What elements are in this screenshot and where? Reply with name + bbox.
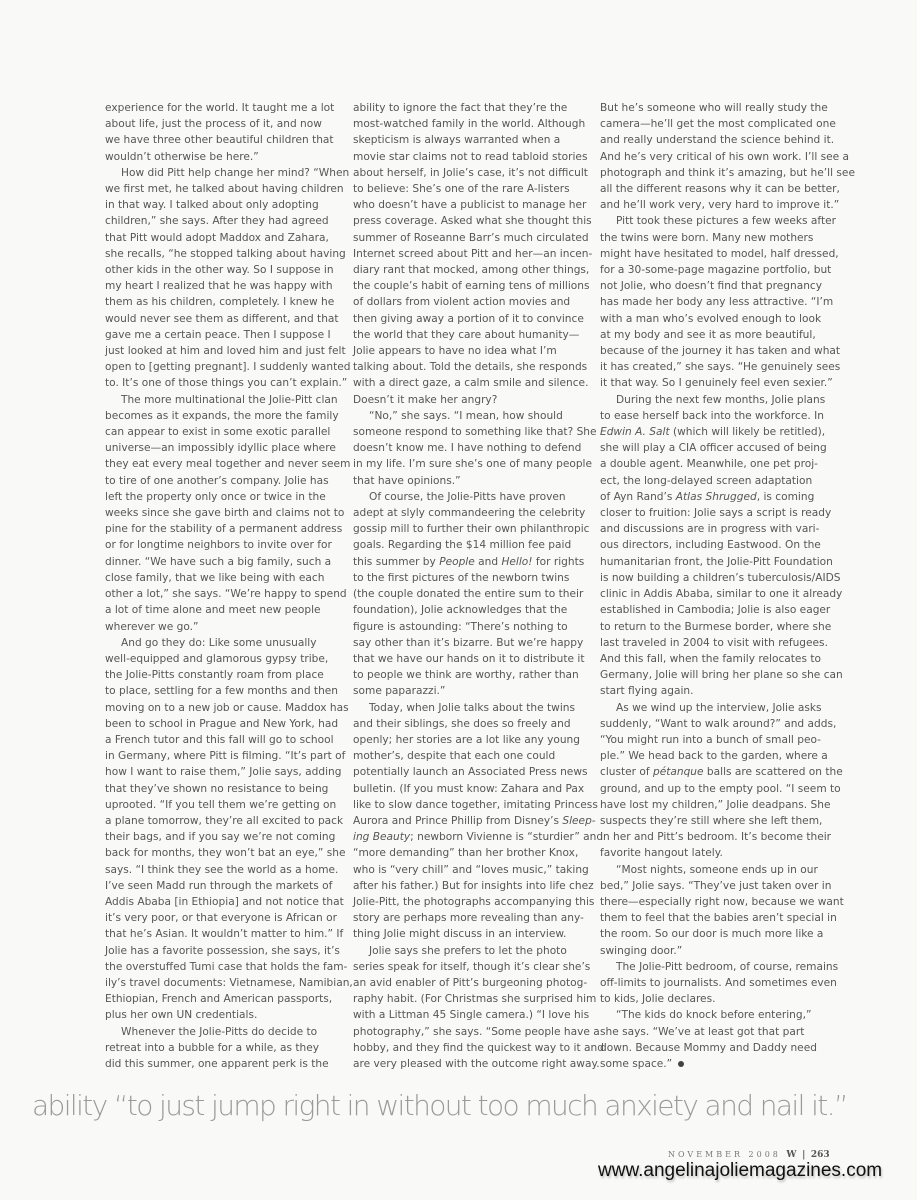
- text-line: bulletin. (If you must know: Zahara and …: [353, 781, 599, 797]
- text-line: suddenly, “Want to walk around?” and add…: [600, 716, 846, 732]
- text-line: can appear to exist in some exotic paral…: [105, 424, 345, 440]
- page-folio: NOVEMBER 2008 W | 263: [668, 1150, 830, 1160]
- text-line: some paparazzi.”: [353, 683, 599, 699]
- text-line: dinner. “We have such a big family, such…: [105, 554, 345, 570]
- text-line: the room. So our door is much more like …: [600, 926, 846, 942]
- text-line: not Jolie, who doesn’t find that pregnan…: [600, 278, 846, 294]
- text-line: are very pleased with the outcome right …: [353, 1056, 599, 1072]
- text-line: to return to the Burmese border, where s…: [600, 619, 846, 635]
- text-line: ect, the long-delayed screen adaptation: [600, 473, 846, 489]
- text-line: I’ve seen Madd run through the markets o…: [105, 878, 345, 894]
- text-line: of Ayn Rand’s Atlas Shrugged, is coming: [600, 489, 846, 505]
- text-line: series speak for itself, though it’s cle…: [353, 959, 599, 975]
- text-line: to. It’s one of those things you can’t e…: [105, 375, 345, 391]
- text-line: ing Beauty; newborn Vivienne is “sturdie…: [353, 829, 599, 845]
- text-line: moving on to a new job or cause. Maddox …: [105, 700, 345, 716]
- text-line: them as his children, completely. I knew…: [105, 294, 345, 310]
- text-line: suspects they’re still where she left th…: [600, 813, 846, 829]
- text-line: and he’ll work very, very hard to improv…: [600, 197, 846, 213]
- text-line: other kids in the other way. So I suppos…: [105, 262, 345, 278]
- text-line: who doesn’t have a publicist to manage h…: [353, 197, 599, 213]
- text-line: photography,” she says. “Some people hav…: [353, 1024, 599, 1040]
- text-line: clinic in Addis Ababa, similar to one it…: [600, 586, 846, 602]
- text-line: have lost my children,” Jolie deadpans. …: [600, 797, 846, 813]
- text-line: plus her own UN credentials.: [105, 1007, 345, 1023]
- text-line: who is “very chill” and “loves music,” t…: [353, 862, 599, 878]
- text-line: then giving away a portion of it to conv…: [353, 311, 599, 327]
- text-line: it has created,” she says. “He genuinely…: [600, 359, 846, 375]
- text-line: swinging door.”: [600, 943, 846, 959]
- text-line: we have three other beautiful children t…: [105, 132, 345, 148]
- text-line: ground, and up to the empty pool. “I see…: [600, 781, 846, 797]
- text-line: raphy habit. (For Christmas she surprise…: [353, 991, 599, 1007]
- text-line: story are perhaps more revealing than an…: [353, 910, 599, 926]
- text-line: photograph and think it’s amazing, but h…: [600, 165, 846, 181]
- folio-separator: |: [802, 1150, 805, 1160]
- article-column-2: ability to ignore the fact that they’re …: [353, 100, 599, 1072]
- text-line: in Germany, where Pitt is filming. “It’s…: [105, 748, 345, 764]
- text-line: last traveled in 2004 to visit with refu…: [600, 635, 846, 651]
- text-line: Doesn’t it make her angry?: [353, 392, 599, 408]
- text-line: some space.”: [600, 1056, 846, 1072]
- text-line: my heart I realized that he was happy wi…: [105, 278, 345, 294]
- text-line: been to school in Prague and New York, h…: [105, 716, 345, 732]
- text-line: uprooted. “If you tell them we’re gettin…: [105, 797, 345, 813]
- text-line: Jolie has a favorite possession, she say…: [105, 943, 345, 959]
- text-line: someone respond to something like that? …: [353, 424, 599, 440]
- text-line: Jolie appears to have no idea what I’m: [353, 343, 599, 359]
- text-line: ily’s travel documents: Vietnamese, Nami…: [105, 975, 345, 991]
- text-line: weeks since she gave birth and claims no…: [105, 505, 345, 521]
- text-line: adept at slyly commandeering the celebri…: [353, 505, 599, 521]
- text-line: down. Because Mommy and Daddy need: [600, 1040, 846, 1056]
- text-line: And this fall, when the family relocates…: [600, 651, 846, 667]
- text-line: universe—an impossibly idyllic place whe…: [105, 440, 345, 456]
- text-line: “Most nights, someone ends up in our: [600, 862, 846, 878]
- text-line: experience for the world. It taught me a…: [105, 100, 345, 116]
- text-line: becomes as it expands, the more the fami…: [105, 408, 345, 424]
- text-line: the couple’s habit of earning tens of mi…: [353, 278, 599, 294]
- end-of-story-bullet-icon: [678, 1061, 684, 1067]
- text-line: skepticism is always warranted when a: [353, 132, 599, 148]
- text-line: to ease herself back into the workforce.…: [600, 408, 846, 424]
- text-line: because of the journey it has taken and …: [600, 343, 846, 359]
- text-line: other a lot,” she says. “We’re happy to …: [105, 586, 345, 602]
- text-line: how I want to raise them,” Jolie says, a…: [105, 764, 345, 780]
- text-line: ability to ignore the fact that they’re …: [353, 100, 599, 116]
- text-line: in her and Pitt’s bedroom. It’s become t…: [600, 829, 846, 845]
- article-column-3: But he’s someone who will really study t…: [600, 100, 846, 1072]
- text-line: and their siblings, she does so freely a…: [353, 716, 599, 732]
- text-line: Germany, Jolie will bring her plane so s…: [600, 667, 846, 683]
- text-line: the Jolie-Pitts constantly roam from pla…: [105, 667, 345, 683]
- text-line: that we have our hands on it to distribu…: [353, 651, 599, 667]
- text-line: has made her body any less attractive. “…: [600, 294, 846, 310]
- text-line: The Jolie-Pitt bedroom, of course, remai…: [600, 959, 846, 975]
- text-line: just looked at him and loved him and jus…: [105, 343, 345, 359]
- text-line: they eat every meal together and never s…: [105, 456, 345, 472]
- text-line: Edwin A. Salt (which will likely be reti…: [600, 424, 846, 440]
- text-line: the overstuffed Tumi case that holds the…: [105, 959, 345, 975]
- text-line: As we wind up the interview, Jolie asks: [600, 700, 846, 716]
- text-line: might have hesitated to model, half dres…: [600, 246, 846, 262]
- text-line: figure is astounding: “There’s nothing t…: [353, 619, 599, 635]
- text-line: to tire of one another’s company. Jolie …: [105, 473, 345, 489]
- text-line: of dollars from violent action movies an…: [353, 294, 599, 310]
- text-line: close family, that we like being with ea…: [105, 570, 345, 586]
- text-line: a French tutor and this fall will go to …: [105, 732, 345, 748]
- text-line: says. “I think they see the world as a h…: [105, 862, 345, 878]
- text-line: diary rant that mocked, among other thin…: [353, 262, 599, 278]
- text-line: Of course, the Jolie-Pitts have proven: [353, 489, 599, 505]
- text-line: that they’ve shown no resistance to bein…: [105, 781, 345, 797]
- text-line: favorite hangout lately.: [600, 845, 846, 861]
- magazine-logo: W: [786, 1150, 796, 1160]
- text-line: During the next few months, Jolie plans: [600, 392, 846, 408]
- text-line: most-watched family in the world. Althou…: [353, 116, 599, 132]
- text-line: and discussions are in progress with var…: [600, 521, 846, 537]
- text-line: doesn’t know me. I have nothing to defen…: [353, 440, 599, 456]
- text-line: an avid enabler of Pitt’s burgeoning pho…: [353, 975, 599, 991]
- text-line: there—especially right now, because we w…: [600, 894, 846, 910]
- text-line: in my life. I’m sure she’s one of many p…: [353, 456, 599, 472]
- text-line: about life, just the process of it, and …: [105, 116, 345, 132]
- text-line: “The kids do knock before entering,”: [600, 1007, 846, 1023]
- text-line: would never see them as different, and t…: [105, 311, 345, 327]
- text-line: Ethiopian, French and American passports…: [105, 991, 345, 1007]
- text-line: gossip mill to further their own philant…: [353, 521, 599, 537]
- text-line: to kids, Jolie declares.: [600, 991, 846, 1007]
- text-line: bed,” Jolie says. “They’ve just taken ov…: [600, 878, 846, 894]
- text-line: potentially launch an Associated Press n…: [353, 764, 599, 780]
- text-line: summer of Roseanne Barr’s much circulate…: [353, 230, 599, 246]
- text-line: a double agent. Meanwhile, one pet proj-: [600, 456, 846, 472]
- text-line: How did Pitt help change her mind? “When: [105, 165, 345, 181]
- text-line: established in Cambodia; Jolie is also e…: [600, 602, 846, 618]
- text-line: that he’s Asian. It wouldn’t matter to h…: [105, 926, 345, 942]
- text-line: retreat into a bubble for a while, as th…: [105, 1040, 345, 1056]
- text-line: their bags, and if you say we’re not com…: [105, 829, 345, 845]
- text-line: foundation), Jolie acknowledges that the: [353, 602, 599, 618]
- text-line: humanitarian front, the Jolie-Pitt Found…: [600, 554, 846, 570]
- text-line: at my body and see it as more beautiful,: [600, 327, 846, 343]
- text-line: with a man who’s evolved enough to look: [600, 311, 846, 327]
- text-line: the twins were born. Many new mothers: [600, 230, 846, 246]
- text-line: them to feel that the babies aren’t spec…: [600, 910, 846, 926]
- text-line: gave me a certain peace. Then I suppose …: [105, 327, 345, 343]
- text-line: And go they do: Like some unusually: [105, 635, 345, 651]
- text-line: left the property only once or twice in …: [105, 489, 345, 505]
- text-line: camera—he’ll get the most complicated on…: [600, 116, 846, 132]
- text-line: ple.” We head back to the garden, where …: [600, 748, 846, 764]
- text-line: in that way. I talked about only adoptin…: [105, 197, 345, 213]
- text-line: Today, when Jolie talks about the twins: [353, 700, 599, 716]
- text-line: “You might run into a bunch of small peo…: [600, 732, 846, 748]
- text-line: that have opinions.”: [353, 473, 599, 489]
- watermark-url: www.angelinajoliemagazines.com: [598, 1160, 882, 1182]
- text-line: back for months, they won’t bat an eye,”…: [105, 845, 345, 861]
- text-line: The more multinational the Jolie-Pitt cl…: [105, 392, 345, 408]
- text-line: Aurora and Prince Phillip from Disney’s …: [353, 813, 599, 829]
- text-line: to people we think are worthy, rather th…: [353, 667, 599, 683]
- pull-quote: ability “to just jump right in without t…: [32, 1088, 912, 1124]
- text-line: and really understand the science behind…: [600, 132, 846, 148]
- text-line: with a Littman 45 Single camera.) “I lov…: [353, 1007, 599, 1023]
- text-line: well-equipped and glamorous gypsy tribe,: [105, 651, 345, 667]
- text-line: “No,” she says. “I mean, how should: [353, 408, 599, 424]
- text-line: wherever we go.”: [105, 619, 345, 635]
- text-line: say other than it’s bizarre. But we’re h…: [353, 635, 599, 651]
- text-line: cluster of pétanque balls are scattered …: [600, 764, 846, 780]
- issue-date: NOVEMBER 2008: [668, 1150, 781, 1159]
- text-line: Addis Ababa [in Ethiopia] and not notice…: [105, 894, 345, 910]
- text-line: or for longtime neighbors to invite over…: [105, 537, 345, 553]
- text-line: thing Jolie might discuss in an intervie…: [353, 926, 599, 942]
- text-line: to believe: She’s one of the rare A-list…: [353, 181, 599, 197]
- text-line: after his father.) But for insights into…: [353, 878, 599, 894]
- page-number: 263: [811, 1150, 830, 1160]
- text-line: for a 30-some-page magazine portfolio, b…: [600, 262, 846, 278]
- text-line: with a direct gaze, a calm smile and sil…: [353, 375, 599, 391]
- text-line: ous directors, including Eastwood. On th…: [600, 537, 846, 553]
- text-line: she will play a CIA officer accused of b…: [600, 440, 846, 456]
- text-line: about herself, in Jolie’s case, it’s not…: [353, 165, 599, 181]
- text-line: to place, settling for a few months and …: [105, 683, 345, 699]
- text-line: did this summer, one apparent perk is th…: [105, 1056, 345, 1072]
- text-line: talking about. Told the details, she res…: [353, 359, 599, 375]
- text-line: off-limits to journalists. And sometimes…: [600, 975, 846, 991]
- text-line: wouldn’t otherwise be here.”: [105, 149, 345, 165]
- text-line: Jolie says she prefers to let the photo: [353, 943, 599, 959]
- text-line: movie star claims not to read tabloid st…: [353, 149, 599, 165]
- text-line: children,” she says. After they had agre…: [105, 213, 345, 229]
- text-line: she says. “We’ve at least got that part: [600, 1024, 846, 1040]
- text-line: mother’s, despite that each one could: [353, 748, 599, 764]
- text-line: Pitt took these pictures a few weeks aft…: [600, 213, 846, 229]
- text-line: the world that they care about humanity—: [353, 327, 599, 343]
- article-column-1: experience for the world. It taught me a…: [105, 100, 345, 1072]
- text-line: openly; her stories are a lot like any y…: [353, 732, 599, 748]
- text-line: it’s very poor, or that everyone is Afri…: [105, 910, 345, 926]
- text-line: (the couple donated the entire sum to th…: [353, 586, 599, 602]
- text-line: it that way. So I genuinely feel even se…: [600, 375, 846, 391]
- magazine-page: experience for the world. It taught me a…: [0, 0, 917, 1200]
- text-line: Internet screed about Pitt and her—an in…: [353, 246, 599, 262]
- text-line: press coverage. Asked what she thought t…: [353, 213, 599, 229]
- text-line: open to [getting pregnant]. I suddenly w…: [105, 359, 345, 375]
- text-line: is now building a children’s tuberculosi…: [600, 570, 846, 586]
- text-line: that Pitt would adopt Maddox and Zahara,: [105, 230, 345, 246]
- text-line: a lot of time alone and meet new people: [105, 602, 345, 618]
- text-line: pine for the stability of a permanent ad…: [105, 521, 345, 537]
- text-line: goals. Regarding the $14 million fee pai…: [353, 537, 599, 553]
- text-line: Jolie-Pitt, the photographs accompanying…: [353, 894, 599, 910]
- text-line: a plane tomorrow, they’re all excited to…: [105, 813, 345, 829]
- text-line: Whenever the Jolie-Pitts do decide to: [105, 1024, 345, 1040]
- text-line: all the different reasons why it can be …: [600, 181, 846, 197]
- text-line: start flying again.: [600, 683, 846, 699]
- text-line: And he’s very critical of his own work. …: [600, 149, 846, 165]
- text-line: she recalls, “he stopped talking about h…: [105, 246, 345, 262]
- text-line: we first met, he talked about having chi…: [105, 181, 345, 197]
- text-line: closer to fruition: Jolie says a script …: [600, 505, 846, 521]
- text-line: But he’s someone who will really study t…: [600, 100, 846, 116]
- text-line: like to slow dance together, imitating P…: [353, 797, 599, 813]
- text-line: to the first pictures of the newborn twi…: [353, 570, 599, 586]
- text-line: hobby, and they find the quickest way to…: [353, 1040, 599, 1056]
- text-line: “more demanding” than her brother Knox,: [353, 845, 599, 861]
- text-line: this summer by People and Hello! for rig…: [353, 554, 599, 570]
